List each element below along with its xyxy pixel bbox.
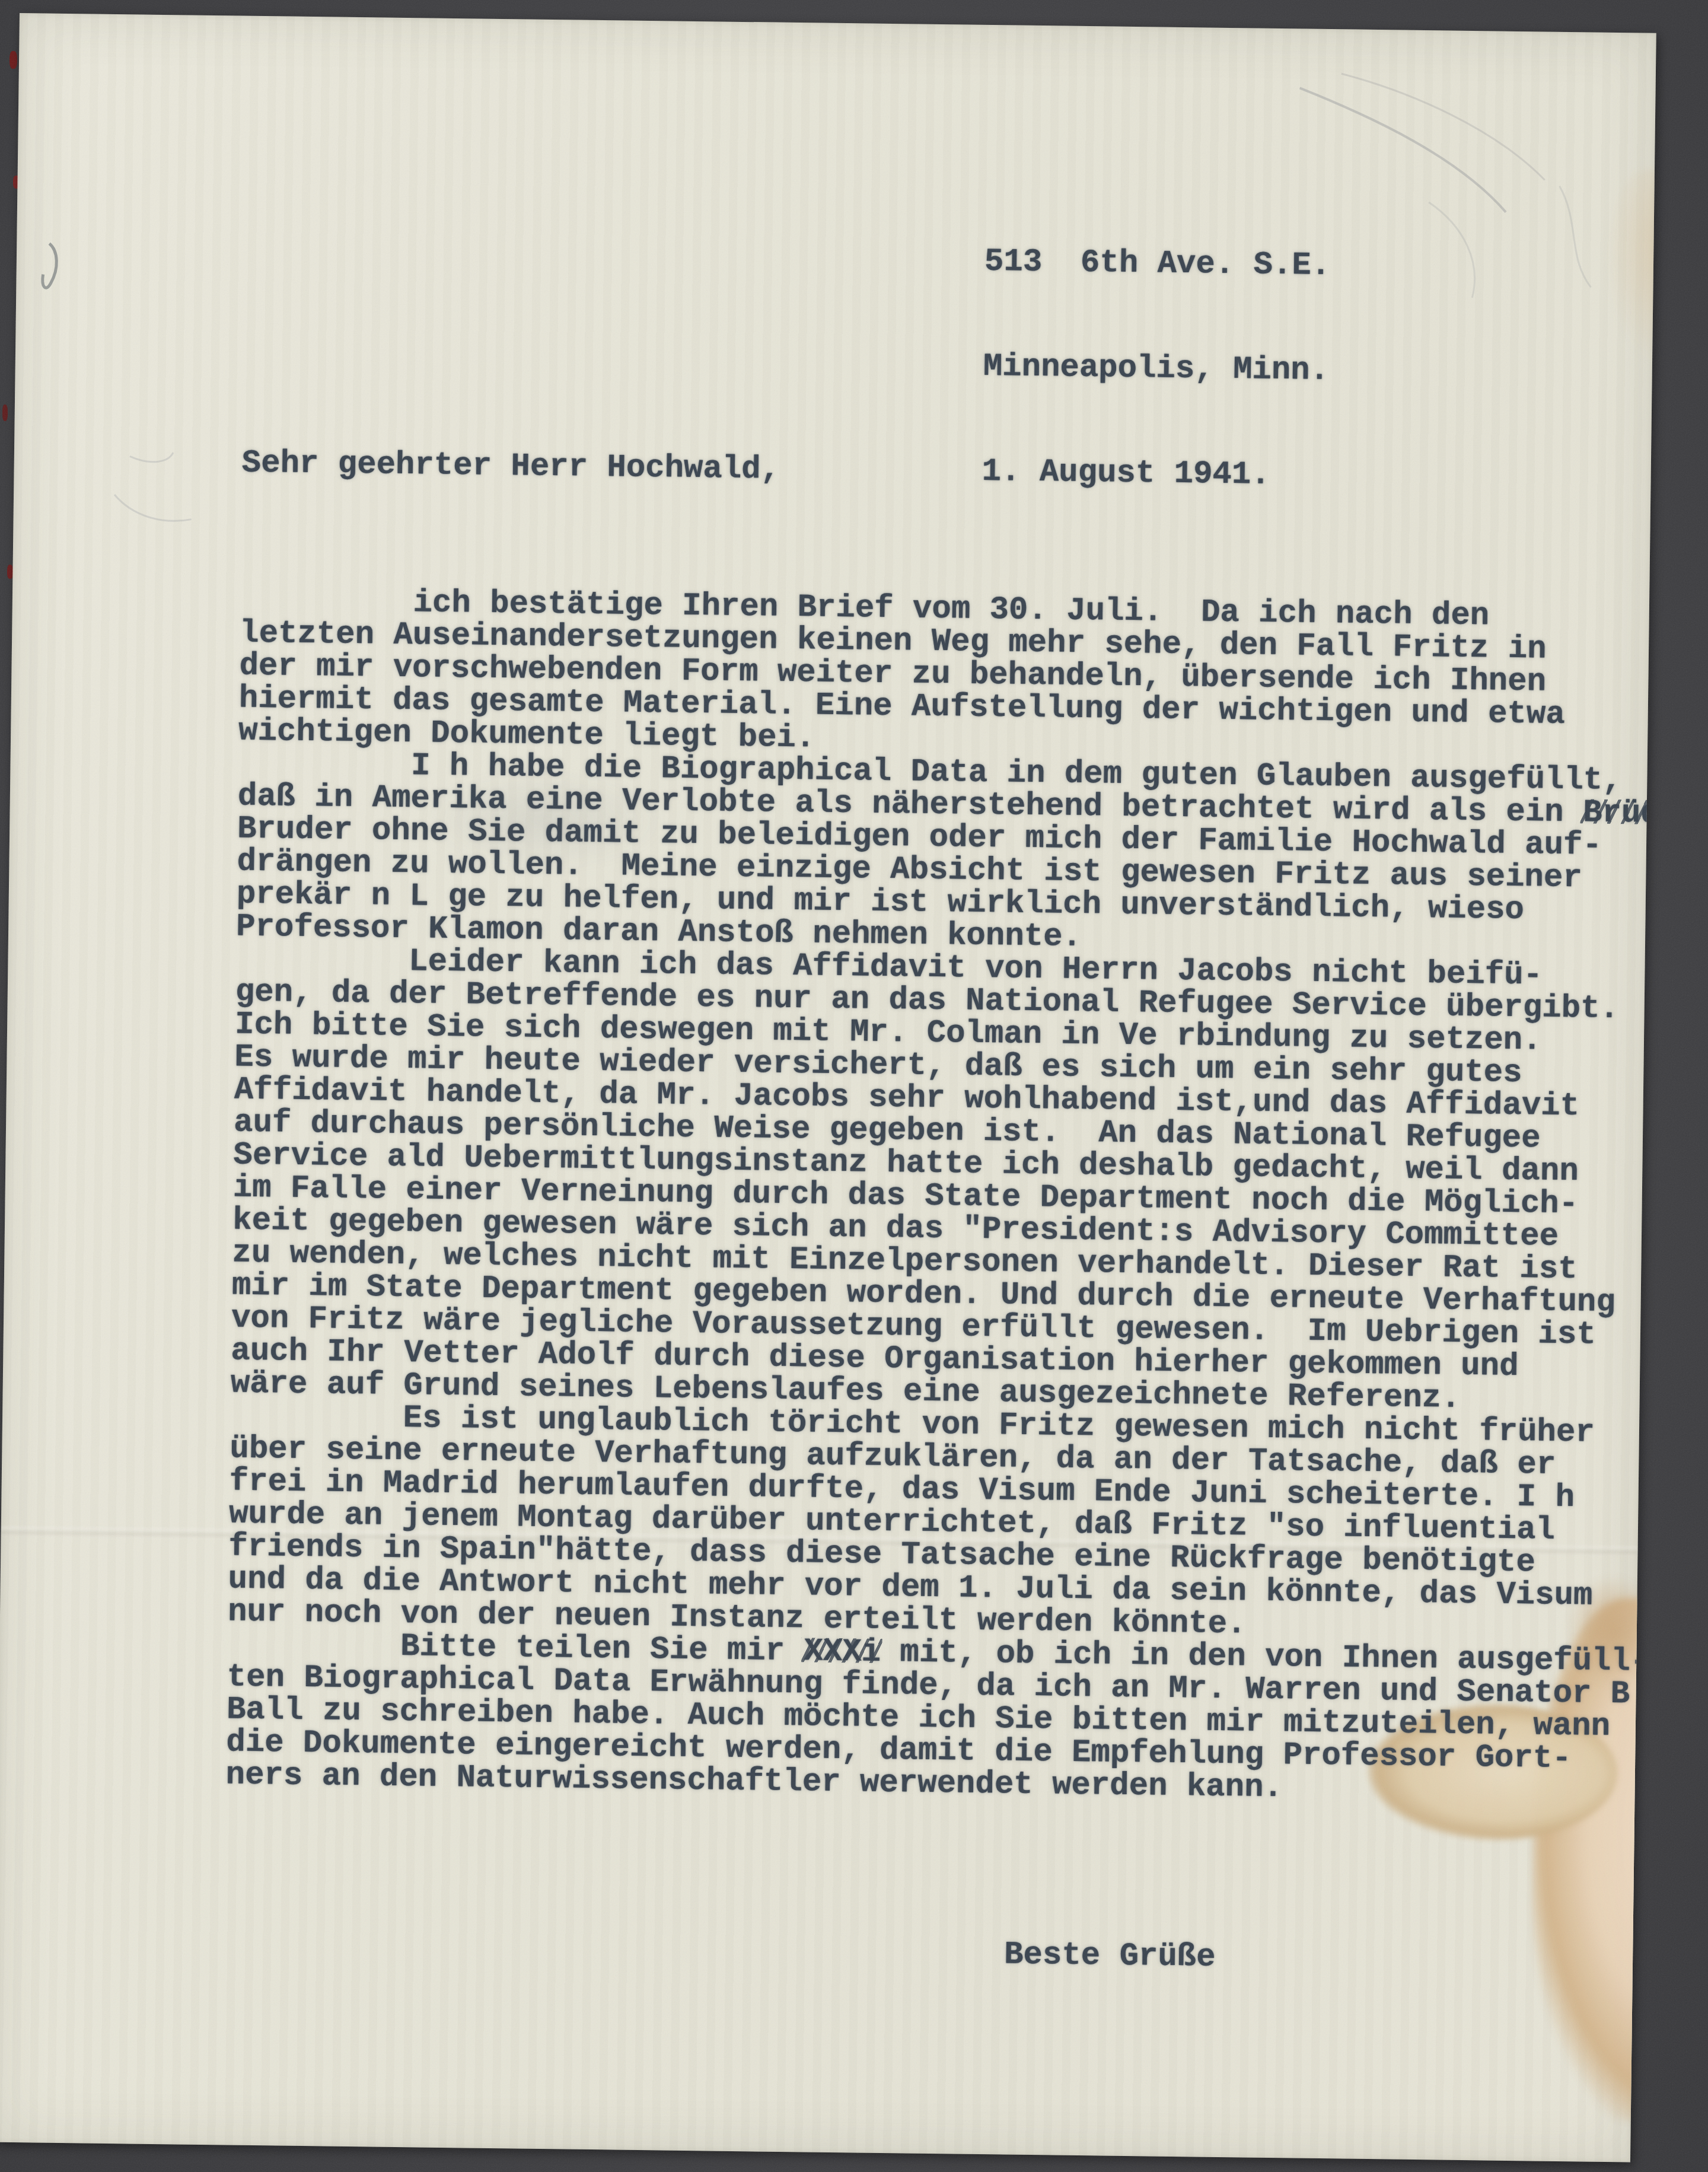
red-speck: [2, 405, 8, 421]
sender-address-line: Minneapolis, Minn.: [983, 351, 1329, 387]
scan-background: 513 6th Ave. S.E. Minneapolis, Minn. 1. …: [0, 0, 1708, 2172]
salutation: Sehr geehrter Herr Hochwald,: [241, 447, 1656, 498]
paragraph: Bitte teilen Sie mir XXXi mit, ob ich in…: [225, 1628, 1656, 1810]
strikethrough-text: XXXi: [804, 1635, 881, 1669]
paper-stain: [1605, 169, 1656, 366]
letter-body: Sehr geehrter Herr Hochwald, ich bestäti…: [222, 375, 1656, 2052]
letter-body-lines: ich bestätige Ihren Brief vom 30. Juli. …: [225, 585, 1656, 1810]
paragraph: Es ist unglaublich töricht von Fritz gew…: [228, 1400, 1656, 1647]
closing-greeting: Beste Grüße: [224, 1929, 1656, 1980]
letter-page: 513 6th Ave. S.E. Minneapolis, Minn. 1. …: [0, 13, 1656, 2162]
paragraph: I h habe die Biographical Data in dem gu…: [236, 748, 1656, 962]
strikethrough-text: Brüd: [1583, 797, 1656, 830]
sender-address-line: 513 6th Ave. S.E.: [984, 246, 1331, 282]
paragraph: ich bestätige Ihren Brief vom 30. Juli. …: [238, 585, 1656, 766]
red-speck: [9, 51, 17, 69]
paragraph: Leider kann ich das Affidavit von Herrn …: [230, 944, 1656, 1418]
